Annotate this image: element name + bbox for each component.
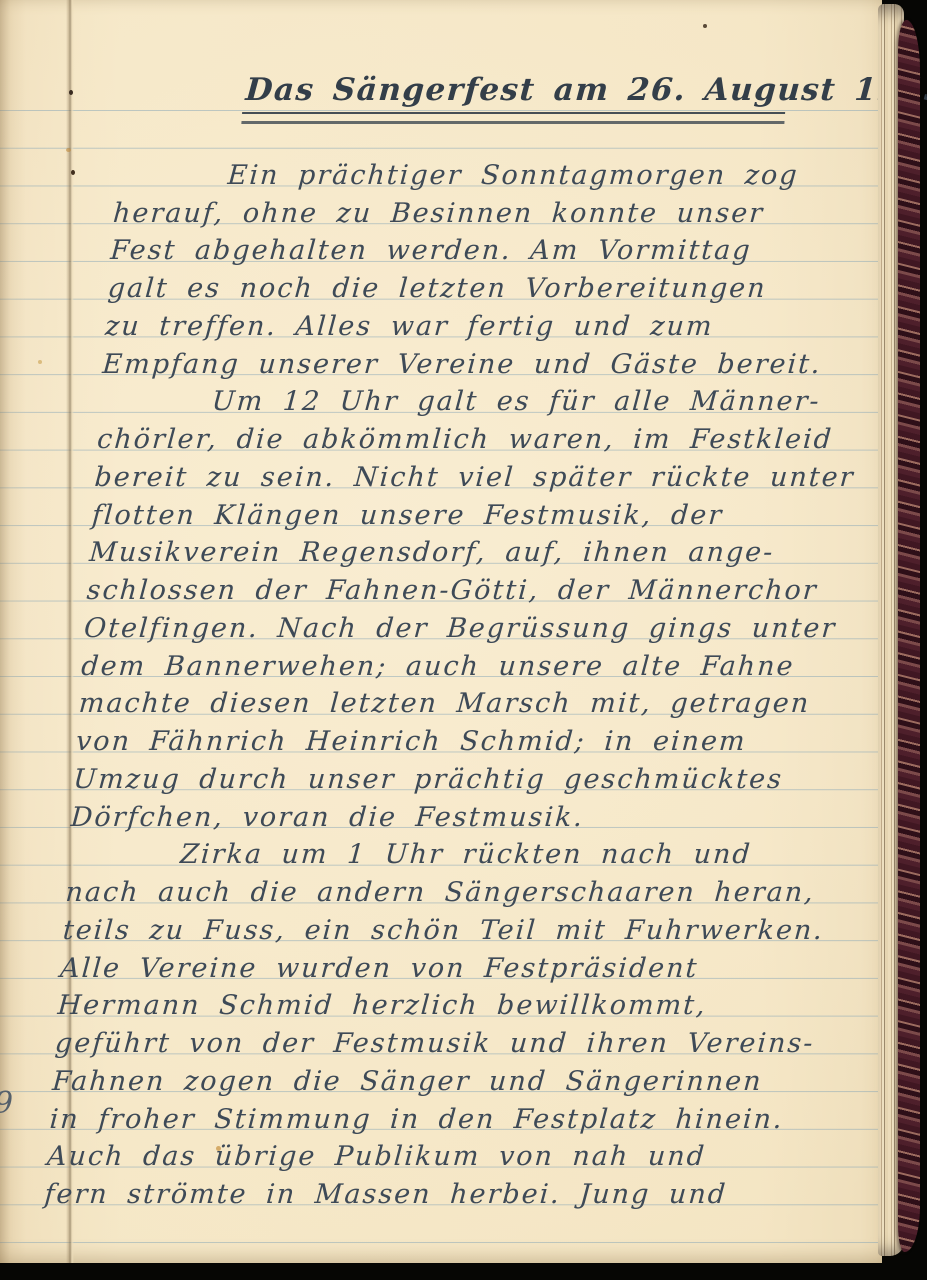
margin-page-number: 9 [0,1086,13,1121]
scanned-notebook-photo: Das Sängerfest am 26. August 1945 Ein pr… [0,0,927,1280]
handwriting-layer: Das Sängerfest am 26. August 1945 Ein pr… [0,0,882,1263]
manuscript-line: Hermann Schmid herzlich bewillkommt, [56,987,708,1025]
manuscript-line: chörler, die abkömmlich waren, im Festkl… [96,421,834,459]
manuscript-line: fern strömte in Massen herbei. Jung und [43,1176,728,1214]
manuscript-line: Dörfchen, voran die Festmusik. [69,799,585,837]
manuscript-line: schlossen der Fahnen-Götti, der Männerch… [85,572,819,610]
manuscript-line: dem Bannerwehen; auch unsere alte Fahne [80,648,796,686]
manuscript-line: Um 12 Uhr galt es für alle Männer- [99,383,822,421]
marbled-book-cover-edge [898,20,920,1252]
manuscript-line: Otelfingen. Nach der Begrüssung gings un… [83,610,838,648]
manuscript-line: zu treffen. Alles war fertig und zum [104,308,715,346]
manuscript-line: teils zu Fuss, ein schön Teil mit Fuhrwe… [62,912,826,950]
manuscript-line: bereit zu sein. Nicht viel später rückte… [93,459,856,497]
manuscript-line: machte diesen letzten Marsch mit, getrag… [77,685,811,723]
manuscript-line: Ein prächtiger Sonntagmorgen zog [114,157,800,195]
manuscript-line: Zirka um 1 Uhr rückten nach und [67,836,753,874]
manuscript-line: galt es noch die letzten Vorbereitungen [106,270,767,308]
manuscript-line: flotten Klängen unsere Festmusik, der [91,497,725,535]
manuscript-line: Musikverein Regensdorf, auf, ihnen ange- [88,534,776,572]
title-double-underline [241,112,785,124]
manuscript-line: Auch das übrige Publikum von nah und [46,1138,708,1176]
manuscript-line: geführt von der Festmusik und ihren Vere… [54,1025,816,1063]
notebook-page: Das Sängerfest am 26. August 1945 Ein pr… [0,0,882,1263]
manuscript-line: Alle Vereine wurden von Festpräsident [59,950,700,988]
manuscript-line: Empfang unserer Vereine und Gäste bereit… [101,346,823,384]
page-title: Das Sängerfest am 26. August 1945 [244,72,927,108]
manuscript-line: herauf, ohne zu Besinnen konnte unser [112,195,766,233]
manuscript-lines: Ein prächtiger Sonntagmorgen zogherauf, … [42,157,874,1237]
manuscript-line: nach auch die andern Sängerschaaren hera… [64,874,816,912]
manuscript-line: Fest abgehalten werden. Am Vormittag [109,232,753,270]
manuscript-line: in froher Stimmung in den Festplatz hine… [48,1101,785,1139]
manuscript-line: Fahnen zogen die Sänger und Sängerinnen [51,1063,764,1101]
manuscript-line: von Fähnrich Heinrich Schmid; in einem [75,723,748,761]
manuscript-line: Umzug durch unser prächtig geschmücktes [72,761,784,799]
